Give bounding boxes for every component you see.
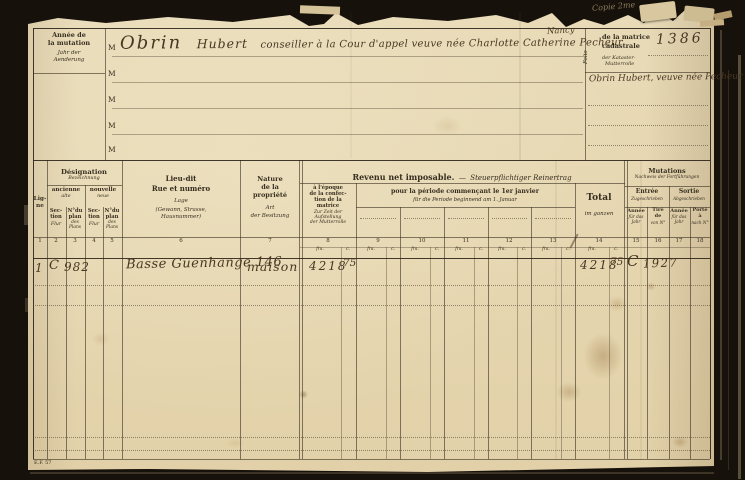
grid-line <box>448 218 484 219</box>
label-des-plans: Plans <box>69 226 81 230</box>
label-frs: frs. <box>455 248 463 253</box>
label-matrice: de la matrice <box>602 34 650 41</box>
stain <box>225 438 245 448</box>
grid-line <box>669 186 670 459</box>
hw-owner-details: conseiller à la Cour d'appel veuve née C… <box>260 37 622 51</box>
col-number: 9 <box>376 239 380 245</box>
grid-line <box>47 185 122 186</box>
grid-line <box>535 218 571 219</box>
label-epoque: matrice <box>317 204 339 209</box>
label-annee-mutation: Année de <box>52 32 86 39</box>
grid-line <box>356 183 357 459</box>
hw-owner-surname: Obrin <box>120 32 182 53</box>
page-edge <box>24 205 28 225</box>
label-section: tion <box>50 215 62 220</box>
stain <box>583 332 623 380</box>
grid-line <box>33 285 710 286</box>
label-frs: frs. <box>588 248 596 253</box>
label-c: c. <box>435 248 439 253</box>
grid-line <box>588 105 708 106</box>
torn-edge-bit <box>300 5 340 14</box>
label-frs: frs. <box>411 248 419 253</box>
label-revenu-title: Revenu net imposable. — Steuerpflichtige… <box>352 168 571 184</box>
page-edge <box>25 298 28 312</box>
label-kataster: Mutterrolle <box>605 62 634 67</box>
label-frs: frs. <box>316 248 324 253</box>
page-edge <box>720 30 722 460</box>
hw-entry-revenu-frs: 4218 <box>309 260 348 272</box>
hw-entry-nature: maison <box>247 261 298 274</box>
label-frs: frs. <box>542 248 550 253</box>
hw-entry-mutation-year: 1927 <box>643 257 679 270</box>
col-number: 8 <box>326 239 330 245</box>
grid-line <box>517 247 518 459</box>
label-epoque-de: der Mutterrolle <box>310 221 346 226</box>
col-number: 2 <box>54 239 58 245</box>
label-alte: alte <box>61 195 70 200</box>
col-number: 18 <box>697 239 704 245</box>
label-periode-fr: pour la période commençant le 1er janvie… <box>391 189 539 195</box>
label-fuer-das-jahr: Jahr <box>675 220 684 224</box>
grid-line <box>33 437 710 438</box>
label-nature: Nature <box>257 176 282 183</box>
grid-line <box>33 450 710 451</box>
label-des-plans: Plans <box>106 226 118 230</box>
grid-line <box>105 28 106 160</box>
hw-entry-revenu-c: 75 <box>343 258 356 269</box>
hw-folio-number: 1386 <box>656 31 704 47</box>
col-number: 7 <box>268 239 272 245</box>
grid-line <box>85 185 86 459</box>
col-number: 12 <box>506 239 513 245</box>
m-prefix: M <box>108 146 116 154</box>
label-revenu-de: Steuerpflichtiger Reinertrag <box>470 174 571 182</box>
label-entree: Entrée <box>636 189 659 195</box>
col-number: 6 <box>179 239 183 245</box>
hw-owner-insert: Nancy <box>547 26 575 36</box>
label-flur: Flur <box>51 223 61 228</box>
label-matrice: cadastrale <box>602 43 640 50</box>
label-flur: Flur <box>89 223 99 228</box>
label-jahr-aenderung: Aenderung <box>54 58 85 64</box>
label-art-besitzung: der Besitzung <box>251 214 290 220</box>
grid-line <box>299 160 300 459</box>
grid-line <box>430 247 431 459</box>
stain <box>432 116 462 136</box>
label-frs: frs. <box>367 248 375 253</box>
grid-line <box>588 125 708 126</box>
form-reference: E.F. 57 <box>34 461 51 466</box>
grid-line <box>575 183 576 459</box>
grid-line <box>690 207 691 459</box>
label-annee-mutation: la mutation <box>48 40 90 47</box>
hw-entry-total-c: 75 <box>610 257 623 268</box>
col-number: 13 <box>550 239 557 245</box>
label-gewann: (Gewann, Strasse, <box>156 208 207 214</box>
grid-line <box>444 207 445 459</box>
m-prefix: M <box>108 96 116 104</box>
grid-line <box>624 160 625 459</box>
grid-line <box>112 82 583 83</box>
label-neue: neue <box>97 195 109 200</box>
col-number: 11 <box>463 239 470 245</box>
label-nature: de la <box>261 184 279 191</box>
pencil-note: Copie 2me <box>592 1 636 13</box>
label-tire-de: de <box>655 214 662 219</box>
grid-line <box>400 207 401 459</box>
grid-line <box>66 207 67 459</box>
col-number: 14 <box>596 239 603 245</box>
hw-entry-mutation-mark: C <box>627 254 638 269</box>
grid-line <box>386 247 387 459</box>
grid-line <box>33 160 710 161</box>
grid-line <box>404 218 440 219</box>
label-nouvelle: nouvelle <box>90 188 116 194</box>
label-nachweis: Nachweis der Fortführungen <box>635 176 700 180</box>
m-prefix: M <box>108 122 116 130</box>
torn-edge-bit <box>700 19 724 27</box>
grid-line <box>341 247 342 459</box>
col-number: 15 <box>633 239 640 245</box>
grid-line <box>240 160 241 459</box>
grid-line <box>122 160 123 459</box>
grid-line <box>648 55 708 56</box>
label-ancienne: ancienne <box>52 188 80 194</box>
label-porte-a: à <box>698 214 701 219</box>
grid-line <box>33 305 710 306</box>
stain <box>92 332 110 346</box>
col-number: 16 <box>655 239 662 245</box>
grid-line <box>561 247 562 459</box>
page-edge <box>738 55 741 479</box>
label-revenu-fr: Revenu net imposable. <box>352 172 454 182</box>
grid-line <box>47 160 48 459</box>
label-nature: propriété <box>253 192 287 199</box>
grid-line <box>488 207 489 459</box>
label-frs: frs. <box>498 248 506 253</box>
scanned-register-page: Copie 2me Année de la mutation Jahr der … <box>0 0 745 480</box>
stain <box>299 390 308 399</box>
grid-line <box>33 459 710 460</box>
label-ligne: ne <box>36 204 44 210</box>
label-section: tion <box>88 215 100 220</box>
grid-line <box>531 207 532 459</box>
label-revenu-sep: — <box>459 174 466 182</box>
label-c: c. <box>614 248 618 253</box>
label-designation: Désignation <box>61 169 107 176</box>
grid-line <box>112 108 583 109</box>
torn-corner-fold <box>639 1 677 22</box>
label-lieu-dit: Lieu-dit <box>166 175 197 182</box>
col-number: 1 <box>38 239 42 245</box>
grid-line <box>474 247 475 459</box>
label-total: Total <box>586 194 611 203</box>
grid-line <box>33 28 34 459</box>
hw-entry-section: C <box>49 259 59 272</box>
grid-line <box>625 186 710 187</box>
grid-line <box>103 207 104 459</box>
label-periode-de: für die Periode beginnend am 1. Januar <box>413 198 517 203</box>
grid-line <box>360 218 396 219</box>
label-sortie: Sortie <box>679 189 699 195</box>
label-rue-numero: Rue et numéro <box>152 185 210 192</box>
m-prefix: M <box>108 70 116 78</box>
grid-line <box>302 160 303 459</box>
grid-line <box>710 28 711 459</box>
label-jahr-aenderung: Jahr der <box>58 51 81 57</box>
col-number: 10 <box>419 239 426 245</box>
label-bezeichnung: Bezeichnung <box>68 177 99 182</box>
grid-line <box>609 247 610 459</box>
label-c: c. <box>479 248 483 253</box>
grid-line <box>33 28 710 29</box>
hw-owner-firstname: Hubert <box>197 36 248 51</box>
grid-line <box>112 134 583 135</box>
label-c: c. <box>522 248 526 253</box>
grid-line <box>492 218 527 219</box>
label-zugeschrieben: Zugeschrieben <box>631 197 663 201</box>
page-edge <box>728 70 729 470</box>
grid-line <box>647 207 648 459</box>
grid-line <box>112 56 583 57</box>
page-edge <box>30 472 714 474</box>
label-mutations: Mutations <box>648 168 685 175</box>
label-lage: Lage <box>174 199 188 205</box>
label-fuer-das-jahr: Jahr <box>632 220 641 224</box>
label-c: c. <box>566 248 570 253</box>
label-von-no: von N° <box>651 221 666 225</box>
label-nach-no: nach N° <box>691 221 708 225</box>
grid-line <box>588 145 708 146</box>
grid-line <box>356 207 575 208</box>
crease <box>555 160 557 460</box>
label-ligne: Lig- <box>34 197 47 203</box>
crease <box>640 160 642 460</box>
label-art-besitzung: Art <box>266 206 275 212</box>
label-hausnummer: Hausnummer) <box>161 215 201 221</box>
col-number: 17 <box>676 239 683 245</box>
label-abgeschrieben: Abgeschrieben <box>673 197 705 201</box>
hw-entry-ligne: 1 <box>35 262 43 274</box>
hw-entry-plan: 982 <box>64 261 90 273</box>
col-number: 4 <box>92 239 96 245</box>
grid-line <box>627 160 628 459</box>
col-number: 3 <box>73 239 77 245</box>
label-im-ganzen: im ganzen <box>585 212 614 218</box>
label-folio: Folio <box>584 36 590 64</box>
label-c: c. <box>391 248 395 253</box>
stain <box>556 382 582 402</box>
grid-line <box>33 73 105 74</box>
col-number: 5 <box>110 239 114 245</box>
grid-line <box>33 237 710 238</box>
m-prefix: M <box>108 44 116 52</box>
label-c: c. <box>346 248 350 253</box>
